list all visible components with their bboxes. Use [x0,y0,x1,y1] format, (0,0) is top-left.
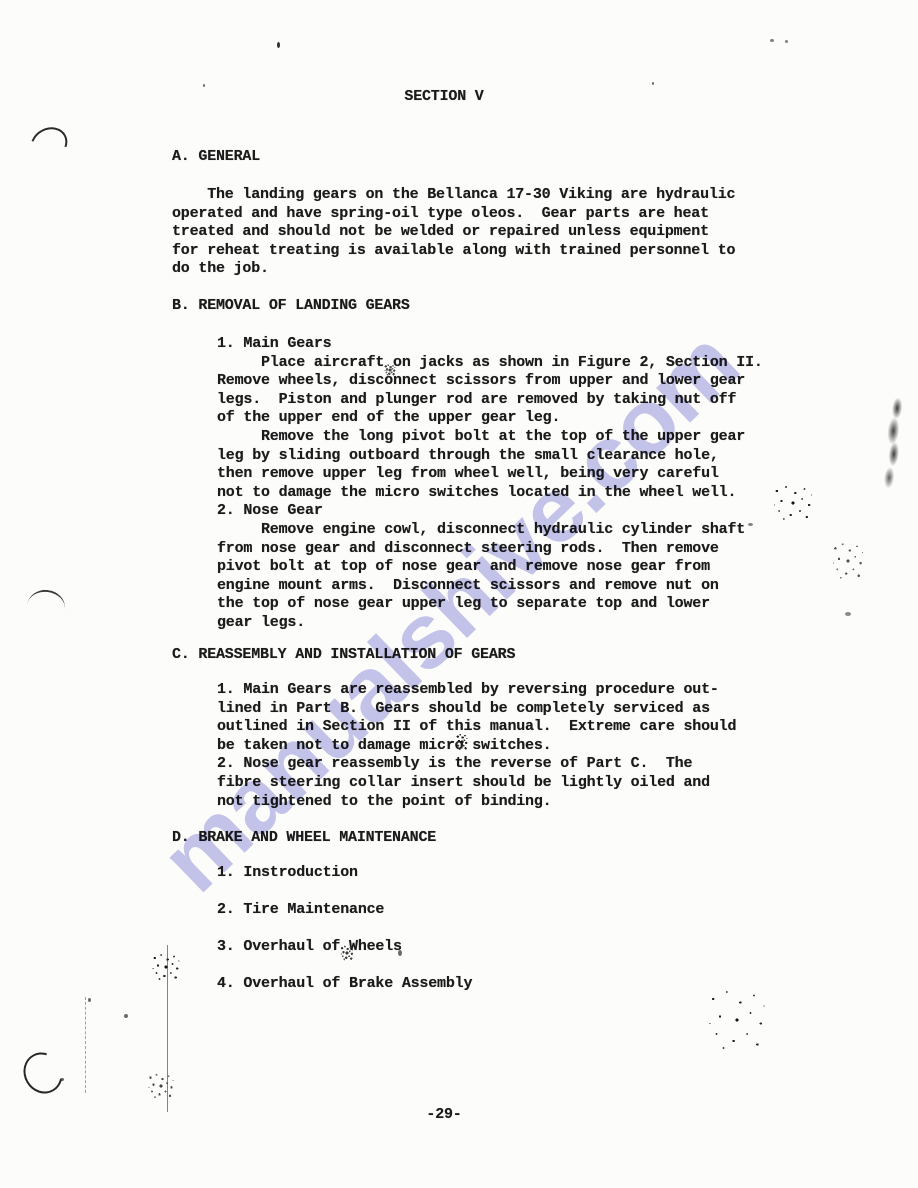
pen-tilde-mark [27,588,67,610]
section-a-heading: A. GENERAL [172,148,260,167]
scan-speck [124,1014,128,1018]
section-d-item: 1. Instroduction [217,864,358,883]
section-c-heading: C. REASSEMBLY AND INSTALLATION OF GEARS [172,646,515,665]
section-d-item: 4. Overhaul of Brake Assembly [217,975,472,994]
ink-smudge [146,1072,176,1100]
section-b-heading: B. REMOVAL OF LANDING GEARS [172,297,410,316]
scan-speck [770,39,774,42]
ink-smudge [830,540,866,582]
ink-smudge [340,945,354,961]
page-number: -29- [0,1106,888,1125]
scan-speck [277,42,280,48]
section-d-item: 3. Overhaul of Wheels [217,938,402,957]
pen-arc-mark [25,121,74,167]
scan-speck [88,998,91,1002]
scan-speck [748,523,753,526]
scan-speck [785,40,788,43]
scan-speck [203,84,205,87]
ink-smudge [150,952,182,982]
scan-speck [845,612,851,616]
scan-speck [60,1078,64,1081]
scan-speck [398,950,402,956]
ink-streak [879,397,907,498]
ink-smudge [384,364,396,376]
scan-speck [652,82,654,85]
ink-smudge [456,733,468,751]
section-b-body: 1. Main Gears Place aircraft on jacks as… [217,335,763,633]
scan-dotted-line [85,997,86,1093]
manual-page-scan: SECTION V A. GENERAL The landing gears o… [0,0,918,1188]
ink-smudge [703,985,771,1055]
section-d-item: 2. Tire Maintenance [217,901,384,920]
ink-smudge [770,483,816,523]
section-d-heading: D. BRAKE AND WHEEL MAINTENANCE [172,829,436,848]
page-title: SECTION V [0,88,888,107]
section-a-body: The landing gears on the Bellanca 17-30 … [172,186,735,279]
pen-circle-mark [16,1045,70,1100]
section-c-body: 1. Main Gears are reassembled by reversi… [217,681,736,811]
